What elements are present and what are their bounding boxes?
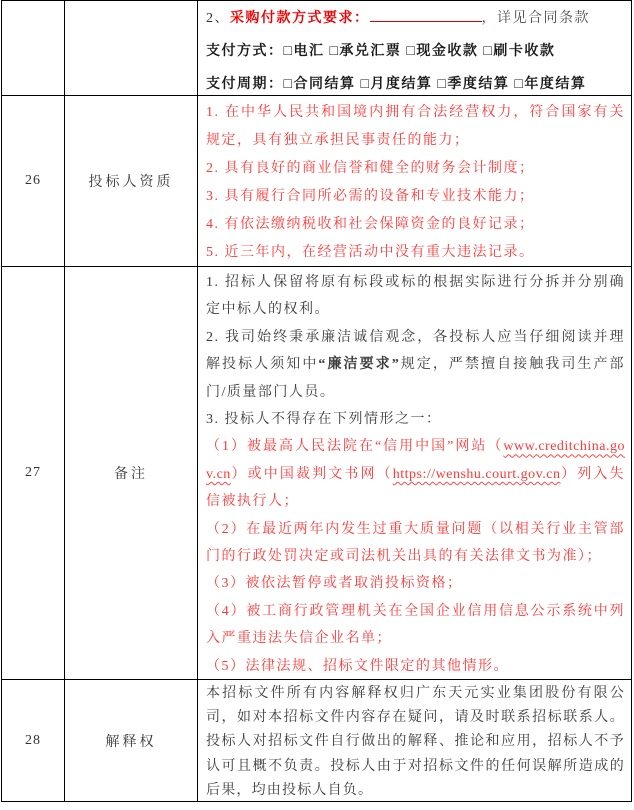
payment-item-number: 2、 [206, 11, 230, 26]
payment-method-checkbox-line: 支付方式：□电汇 □承兑汇票 □现金收款 □刷卡收款 [206, 35, 625, 68]
remarks-row: 27 备注 1. 招标人保留将原有标段或标的根据实际进行分拆并分别确定中标人的权… [2, 267, 632, 680]
row-number-26: 26 [2, 96, 65, 267]
qualification-item-5: 5. 近三年内，在经营活动中没有重大违法记录。 [206, 239, 625, 267]
remarks-para-3: 3. 投标人不得存在下列情形之一： [206, 406, 625, 433]
payment-row-label-cell [65, 1, 198, 96]
wenshu-court-url: https://wenshu.court.gov.cn [393, 467, 561, 482]
payment-terms-row: 2、采购付款方式要求：，详见合同条款 支付方式：□电汇 □承兑汇票 □现金收款 … [2, 1, 632, 96]
payment-cycle-checkbox-line: 支付周期：□合同结算 □月度结算 □季度结算 □年度结算 [206, 68, 625, 96]
prohibited-condition-1: （1）被最高人民法院在“信用中国”网站（www.creditchina.gov.… [206, 433, 625, 515]
prohibited-condition-4: （4）被工商行政管理机关在全国企业信用信息公示系统中列入严重违法失信企业名单； [206, 598, 625, 653]
qualification-item-4: 4. 有依法缴纳税收和社会保障资金的良好记录； [206, 211, 625, 239]
row-label-interpretation-right: 解释权 [65, 680, 198, 802]
prohibited-condition-1-pre: （1）被最高人民法院在“信用中国”网站（ [206, 439, 503, 454]
integrity-requirement-bold-term: “廉洁要求” [318, 357, 400, 372]
prohibited-condition-5: （5）法律法规、招标文件限定的其他情形。 [206, 653, 625, 680]
payment-requirement-line: 2、采购付款方式要求：，详见合同条款 [206, 2, 625, 35]
remarks-para-1: 1. 招标人保留将原有标段或标的根据实际进行分拆并分别确定中标人的权利。 [206, 269, 625, 324]
remarks-content-cell: 1. 招标人保留将原有标段或标的根据实际进行分拆并分别确定中标人的权利。 2. … [198, 267, 632, 680]
tender-notice-table: 2、采购付款方式要求：，详见合同条款 支付方式：□电汇 □承兑汇票 □现金收款 … [1, 0, 632, 802]
payment-requirement-label: 采购付款方式要求： [230, 11, 370, 26]
prohibited-condition-2: （2）在最近两年内发生过重大质量问题（以相关行业主管部门的行政处罚决定或司法机关… [206, 516, 625, 571]
payment-row-number-cell [2, 1, 65, 96]
row-label-bidder-qualification: 投标人资质 [65, 96, 198, 267]
remarks-para-2: 2. 我司始终秉承廉洁诚信观念，各投标人应当仔细阅读并理解投标人须知中“廉洁要求… [206, 324, 625, 406]
row-label-remarks: 备注 [65, 267, 198, 680]
bidder-qualification-content-cell: 1. 在中华人民共和国境内拥有合法经营权力，符合国家有关规定，具有独立承担民事责… [198, 96, 632, 267]
bidder-qualification-row: 26 投标人资质 1. 在中华人民共和国境内拥有合法经营权力，符合国家有关规定，… [2, 96, 632, 267]
row-number-27: 27 [2, 267, 65, 680]
interpretation-right-content-cell: 本招标文件所有内容解释权归广东天元实业集团股份有限公司，如对本招标文件内容存在疑… [198, 680, 632, 802]
payment-requirement-suffix: ，详见合同条款 [482, 11, 591, 26]
interpretation-right-row: 28 解释权 本招标文件所有内容解释权归广东天元实业集团股份有限公司，如对本招标… [2, 680, 632, 802]
qualification-item-2: 2. 具有良好的商业信誉和健全的财务会计制度； [206, 155, 625, 183]
qualification-item-3: 3. 具有履行合同所必需的设备和专业技术能力； [206, 183, 625, 211]
prohibited-condition-3: （3）被依法暂停或者取消投标资格； [206, 570, 625, 597]
interpretation-right-text: 本招标文件所有内容解释权归广东天元实业集团股份有限公司，如对本招标文件内容存在疑… [206, 682, 625, 802]
prohibited-condition-1-mid: ）或中国裁判文书网（ [231, 467, 393, 482]
document-page: 2、采购付款方式要求：，详见合同条款 支付方式：□电汇 □承兑汇票 □现金收款 … [0, 0, 634, 810]
row-number-28: 28 [2, 680, 65, 802]
fill-in-blank-underline [370, 7, 482, 22]
payment-terms-content-cell: 2、采购付款方式要求：，详见合同条款 支付方式：□电汇 □承兑汇票 □现金收款 … [198, 1, 632, 96]
qualification-item-1: 1. 在中华人民共和国境内拥有合法经营权力，符合国家有关规定，具有独立承担民事责… [206, 99, 625, 155]
